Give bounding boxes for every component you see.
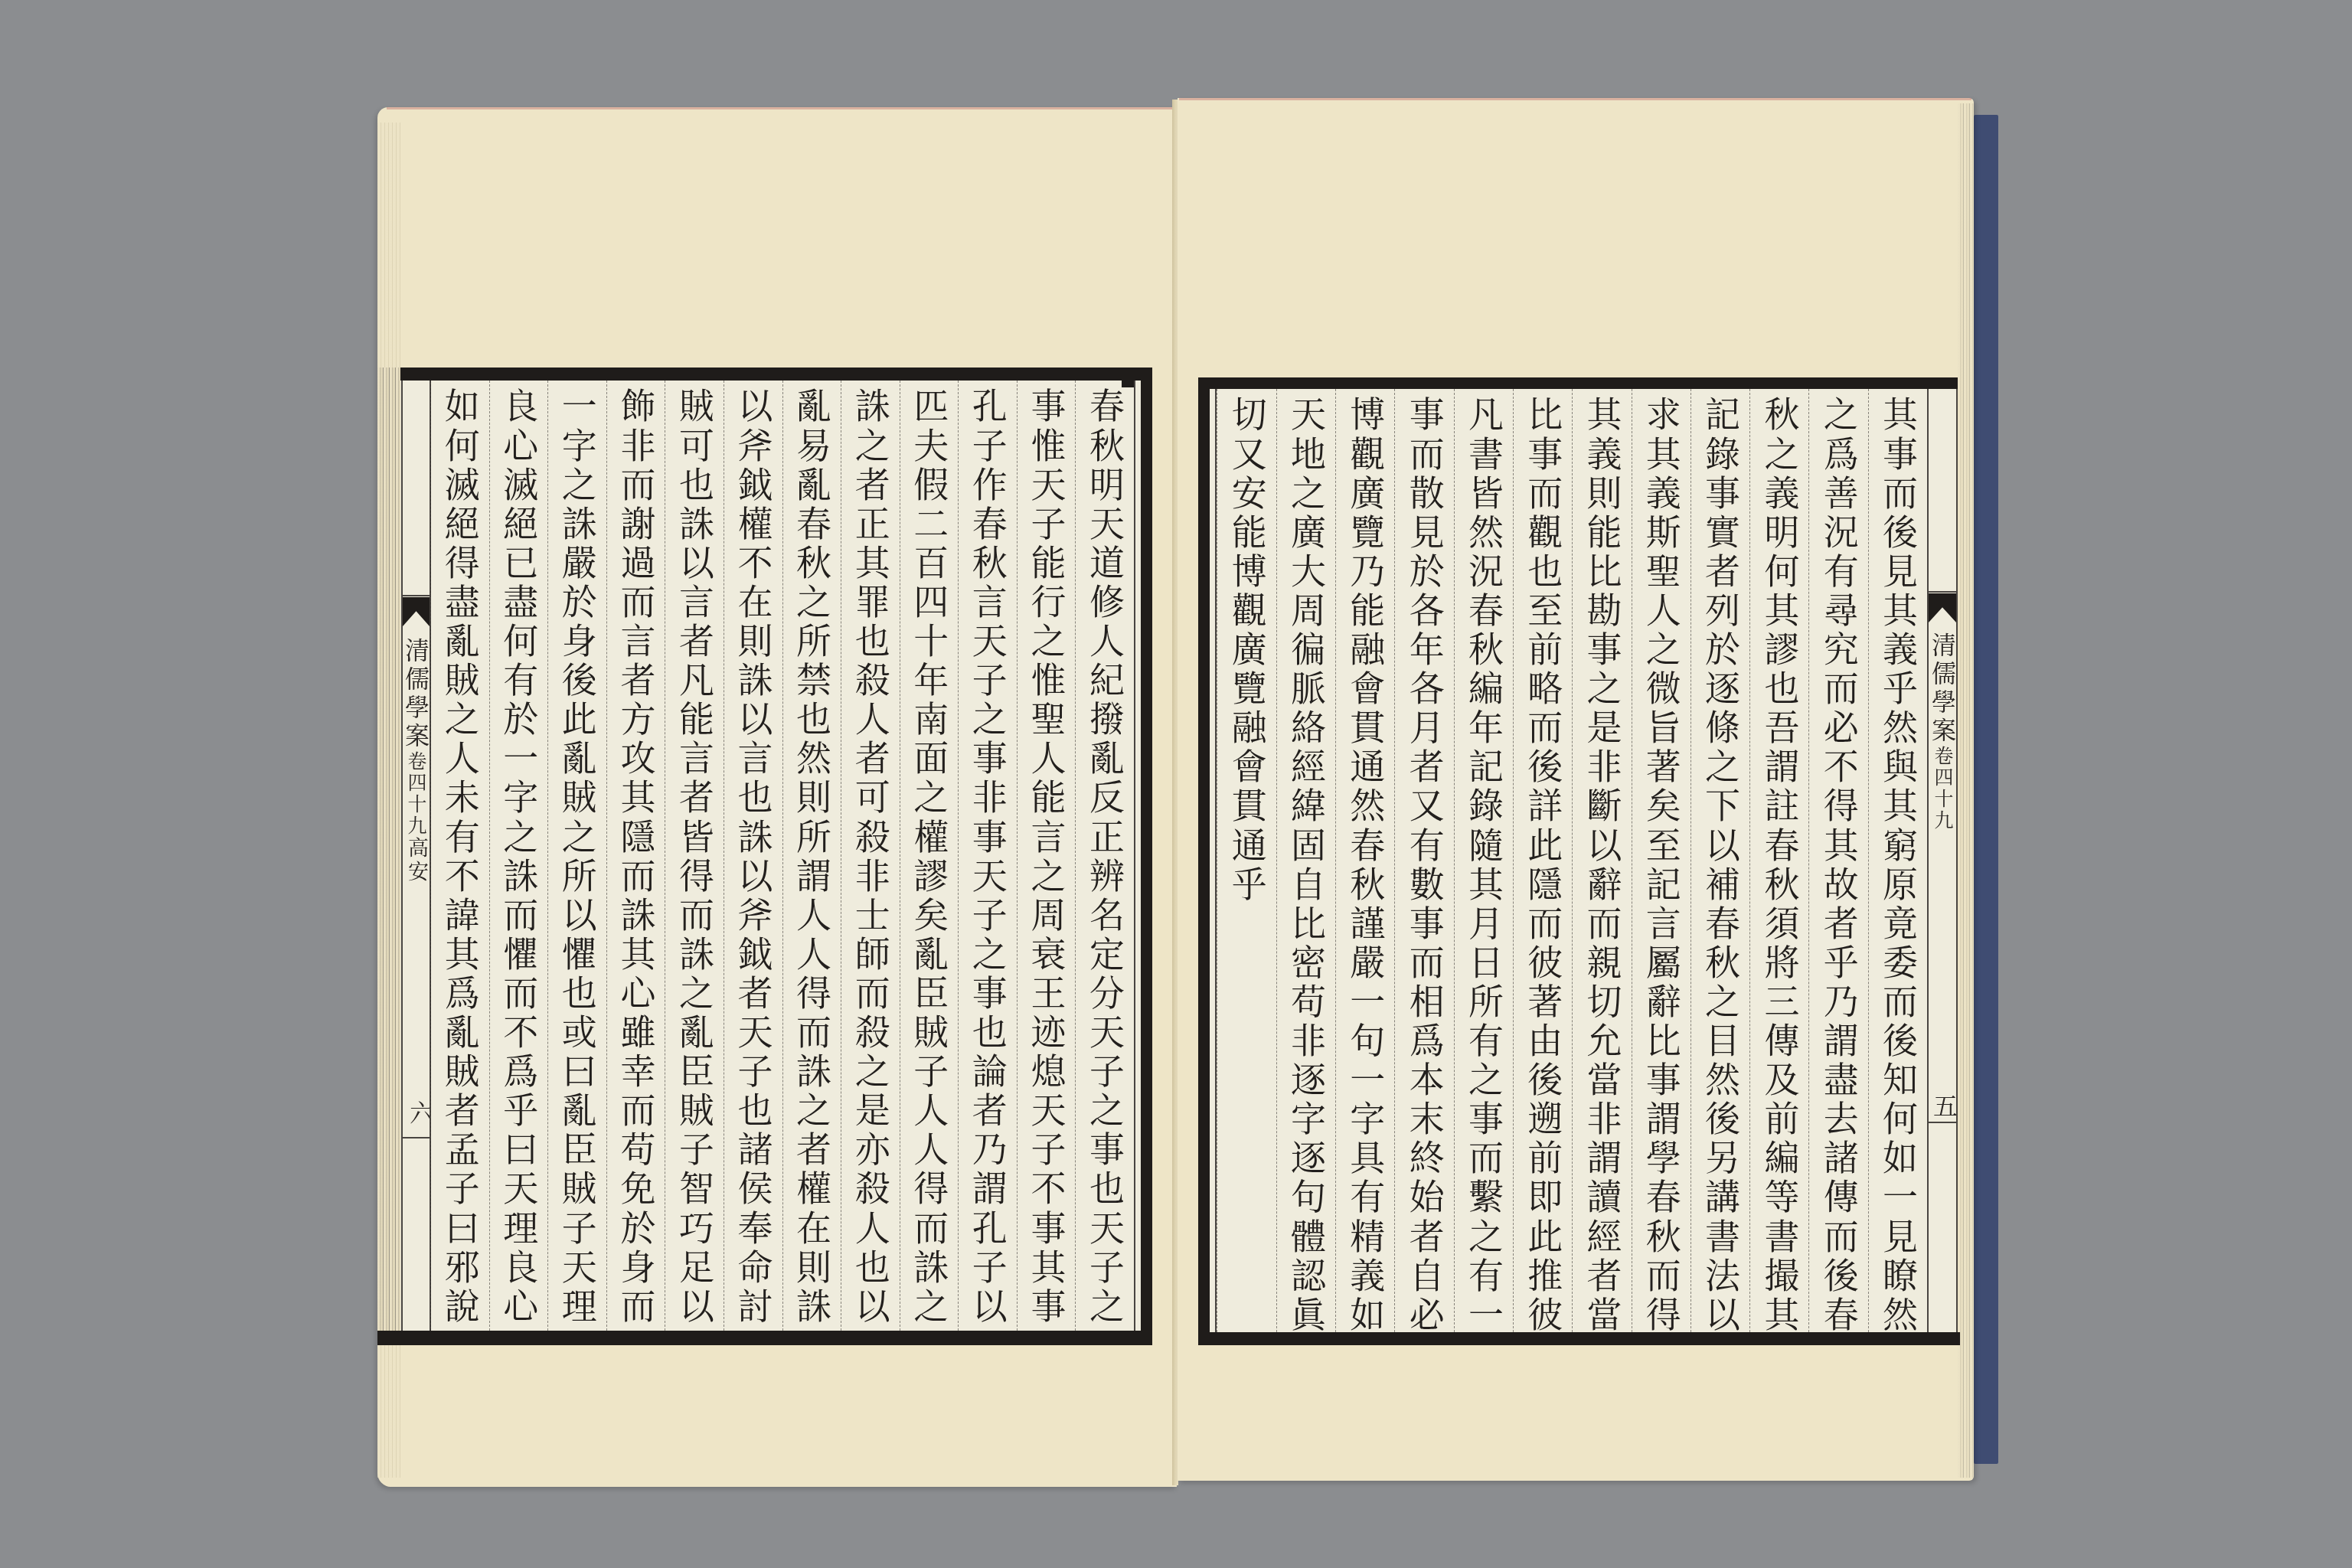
banxin-text: 清儒學案卷四十九高安 xyxy=(403,638,430,884)
fishtail-top-line xyxy=(1929,591,1956,593)
text-column: 求其義斯聖人之微旨著矣至記言屬辭比事謂學春秋而得 xyxy=(1632,389,1690,1332)
text-column: 誅之者正其罪也殺人者可殺非士師而殺之是亦殺人也以 xyxy=(841,381,900,1331)
right-banxin: 清儒學案卷四十九 五 xyxy=(1929,389,1956,1332)
text-column: 春秋明天道修人紀撥亂反正辨名定分天子之事也天子之 xyxy=(1075,381,1134,1331)
banxin-book-title: 清儒學案 xyxy=(1929,632,1956,746)
text-column: 秋之義明何其謬也吾謂註春秋須將三傳及前編等書撮其 xyxy=(1749,389,1808,1332)
text-column: 一字之誅嚴於身後此亂賊之所以懼也或曰亂臣賊子天理 xyxy=(547,381,606,1331)
text-column: 其事而後見其義乎然與其窮原竟委而後知何如一見瞭然 xyxy=(1868,389,1927,1332)
fishtail-top-line xyxy=(403,595,430,596)
text-column: 凡書皆然況春秋編年記錄隨其月日所有之事而繫之有一 xyxy=(1454,389,1513,1332)
left-page-red-edge xyxy=(387,107,1175,109)
banxin-volume: 卷四十九 xyxy=(405,751,427,837)
banxin-page-number: 六 xyxy=(407,1100,430,1125)
text-column: 其義則能比勘事之是非斷以辭而親切允當非謂讀經者當 xyxy=(1572,389,1631,1332)
left-page-leaf-edges xyxy=(377,367,400,1345)
banxin-volume: 卷四十九 xyxy=(1932,746,1954,831)
fishtail-mark-icon xyxy=(1929,593,1956,622)
book-photo: 清儒學案卷四十九高安 六 春秋明天道修人紀撥亂反正辨名定分天子之事也天子之 事惟… xyxy=(0,0,2352,1568)
banxin-section: 高安 xyxy=(404,837,428,884)
right-page-leaf-edges xyxy=(1958,103,1974,1478)
left-frame-bottom-border xyxy=(377,1331,1152,1345)
text-column: 匹夫假二百四十年南面之權謬矣亂臣賊子人人得而誅之 xyxy=(900,381,959,1331)
text-column: 天地之廣大周徧脈絡經緯固自比密苟非逐字逐句體認眞 xyxy=(1276,389,1335,1332)
banxin-book-title: 清儒學案 xyxy=(403,638,430,751)
text-column: 孔子作春秋言天子之事非事天子之事也論者乃謂孔子以 xyxy=(958,381,1017,1331)
text-column: 比事而觀也至前略而後詳此隱而彼著由後遡前即此推彼 xyxy=(1513,389,1572,1332)
banxin-bottom-line xyxy=(403,1137,430,1138)
text-column: 亂易亂春秋之所禁也然則所謂人人得而誅之者權在則誅 xyxy=(782,381,841,1331)
right-frame-bottom-border xyxy=(1198,1332,1960,1345)
right-frame-left-border xyxy=(1198,377,1210,1345)
banxin-page-number: 五 xyxy=(1930,1093,1956,1118)
text-column: 飾非而謝過而言者方攻其隱而誅其心雖幸而苟免於身而 xyxy=(606,381,665,1331)
banxin-text: 清儒學案卷四十九 xyxy=(1929,632,1956,831)
text-column: 切又安能博觀廣覽融會貫通乎 xyxy=(1217,389,1276,1332)
text-column: 之爲善況有尋究而必不得其故者乎乃謂盡去諸傳而後春 xyxy=(1808,389,1867,1332)
right-page-red-edge xyxy=(1179,98,1971,100)
right-text-columns: 其事而後見其義乎然與其窮原竟委而後知何如一見瞭然 之爲善況有尋究而必不得其故者乎… xyxy=(1217,389,1927,1332)
left-frame-inner-line xyxy=(1134,381,1135,1331)
text-column: 記錄事實者列於逐條之下以補春秋之目然後另講書法以 xyxy=(1690,389,1749,1332)
right-banxin-outer-line xyxy=(1956,377,1958,1345)
text-column: 博觀廣覽乃能融會貫通然春秋謹嚴一句一字具有精義如 xyxy=(1335,389,1394,1332)
left-frame-right-border xyxy=(1141,367,1152,1345)
text-column: 事惟天子能行之惟聖人能言之周衰王迹熄天子不事其事 xyxy=(1017,381,1076,1331)
book-cover-edge xyxy=(1974,115,1998,1464)
text-column: 良心滅絕已盡何有於一字之誅而懼而不爲乎曰天理良心 xyxy=(489,381,548,1331)
text-column: 如何滅絕得盡亂賊之人未有不諱其爲亂賊者孟子曰邪說 xyxy=(430,381,489,1331)
banxin-bottom-line xyxy=(1929,1122,1956,1123)
right-frame-top-border xyxy=(1198,377,1958,389)
text-column: 賊可也誅以言者凡能言者皆得而誅之亂臣賊子智巧足以 xyxy=(665,381,724,1331)
text-column: 事而散見於各年各月者又有數事而相爲本末終始者自必 xyxy=(1394,389,1453,1332)
left-frame-top-border xyxy=(400,367,1152,381)
left-text-columns: 春秋明天道修人紀撥亂反正辨名定分天子之事也天子之 事惟天子能行之惟聖人能言之周衰… xyxy=(430,381,1134,1331)
left-banxin: 清儒學案卷四十九高安 六 xyxy=(403,381,430,1331)
text-column: 以斧鉞權不在則誅以言也誅以斧鉞者天子也諸侯奉命討 xyxy=(724,381,782,1331)
fishtail-mark-icon xyxy=(403,597,430,626)
